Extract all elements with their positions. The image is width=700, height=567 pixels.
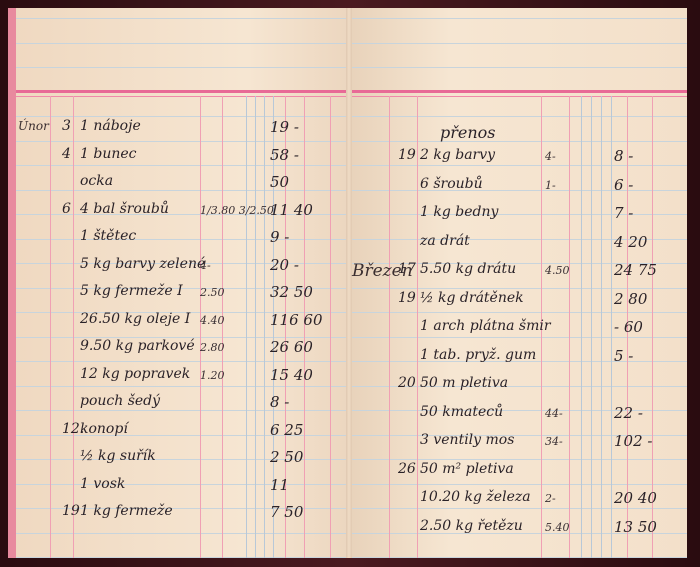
ruled-line bbox=[349, 18, 687, 19]
row-item: 26.50 kg oleje I bbox=[80, 311, 190, 327]
row-item: ocka bbox=[80, 173, 113, 189]
row-item: 1 tab. pryž. gum bbox=[420, 347, 536, 363]
row-day: 19 bbox=[398, 147, 416, 163]
column-rule bbox=[73, 96, 74, 558]
column-rule bbox=[200, 96, 201, 558]
ruled-line bbox=[349, 141, 687, 142]
row-item: ½ kg suřík bbox=[80, 448, 156, 464]
row-item: konopí bbox=[80, 421, 128, 437]
column-rule bbox=[611, 96, 612, 558]
row-amount: 11 40 bbox=[270, 201, 313, 219]
row-amount: 6 - bbox=[614, 176, 633, 194]
row-day: 19 bbox=[398, 290, 416, 306]
row-item: 1 arch plátna šmir bbox=[420, 318, 551, 334]
ruled-line bbox=[349, 508, 687, 509]
ruled-line bbox=[8, 165, 349, 166]
row-item: 50 kmateců bbox=[420, 404, 503, 420]
row-unit-price: 4.50 bbox=[545, 264, 570, 277]
row-day: 3 bbox=[62, 118, 71, 134]
ruled-line bbox=[8, 239, 349, 240]
ruled-line bbox=[349, 43, 687, 44]
row-amount: 5 - bbox=[614, 347, 633, 365]
row-item: 2.50 kg řetězu bbox=[420, 518, 523, 534]
row-unit-price: 34- bbox=[545, 435, 563, 448]
ruled-line bbox=[349, 214, 687, 215]
row-item: 2 kg barvy bbox=[420, 147, 495, 163]
ruled-line bbox=[349, 165, 687, 166]
ruled-line bbox=[8, 484, 349, 485]
row-unit-price: 44- bbox=[545, 407, 563, 420]
row-amount: - 60 bbox=[614, 318, 643, 336]
column-rule bbox=[264, 96, 265, 558]
ruled-line bbox=[8, 67, 349, 68]
row-amount: 7 50 bbox=[270, 503, 303, 521]
row-item: 50 m pletiva bbox=[420, 375, 508, 391]
row-amount: 32 50 bbox=[270, 283, 313, 301]
column-rule bbox=[222, 96, 223, 558]
column-rule bbox=[330, 96, 331, 558]
column-rule bbox=[601, 96, 602, 558]
ruled-line bbox=[349, 190, 687, 191]
row-amount: 20 40 bbox=[614, 489, 657, 507]
row-item: 5.50 kg drátu bbox=[420, 261, 516, 277]
row-unit-price: 4- bbox=[545, 150, 556, 163]
row-item: 6 šroubů bbox=[420, 176, 483, 192]
row-unit-price: 1- bbox=[545, 179, 556, 192]
row-unit-price: 5.40 bbox=[545, 521, 570, 534]
page-edge-red bbox=[8, 8, 16, 558]
column-rule bbox=[569, 96, 570, 558]
column-rule bbox=[255, 96, 256, 558]
row-amount: 8 - bbox=[270, 393, 289, 411]
row-item: pouch šedý bbox=[80, 393, 160, 409]
row-amount: 13 50 bbox=[614, 518, 657, 536]
row-unit-price: 1.20 bbox=[200, 369, 225, 382]
ruled-line bbox=[8, 361, 349, 362]
row-item: 1 bunec bbox=[80, 146, 136, 162]
row-amount: 8 - bbox=[614, 147, 633, 165]
row-amount: 11 bbox=[270, 476, 289, 494]
row-amount: 15 40 bbox=[270, 366, 313, 384]
row-item: 1 vosk bbox=[80, 476, 125, 492]
row-item: 1 štětec bbox=[80, 228, 136, 244]
carry-over-label: přenos bbox=[440, 123, 496, 142]
row-amount: 20 - bbox=[270, 256, 299, 274]
row-amount: 7 - bbox=[614, 204, 633, 222]
column-rule bbox=[246, 96, 247, 558]
row-amount: 4 20 bbox=[614, 233, 647, 251]
header-red-rule-thin bbox=[8, 96, 349, 97]
ruled-line bbox=[8, 43, 349, 44]
row-day: 4 bbox=[62, 146, 71, 162]
ruled-line bbox=[349, 312, 687, 313]
row-amount: 2 80 bbox=[614, 290, 647, 308]
row-amount: 58 - bbox=[270, 146, 299, 164]
header-red-rule-thin bbox=[349, 96, 687, 97]
row-amount: 26 60 bbox=[270, 338, 313, 356]
row-item: 5 kg barvy zelené bbox=[80, 256, 205, 272]
row-amount: 50 bbox=[270, 173, 289, 191]
row-item: 4 bal šroubů bbox=[80, 201, 169, 217]
row-unit-price: 4.40 bbox=[200, 314, 225, 327]
row-day: 19 bbox=[62, 503, 80, 519]
ruled-line bbox=[8, 533, 349, 534]
book-gutter bbox=[346, 8, 352, 558]
row-unit-price: 1/3.80 3/2.50 bbox=[200, 204, 274, 217]
ruled-line bbox=[349, 67, 687, 68]
header-red-rule bbox=[8, 90, 349, 93]
ruled-line bbox=[8, 116, 349, 117]
ruled-line bbox=[349, 484, 687, 485]
row-amount: 102 - bbox=[614, 432, 652, 450]
row-amount: 2 50 bbox=[270, 448, 303, 466]
row-item: 50 m² pletiva bbox=[420, 461, 514, 477]
ruled-line bbox=[8, 410, 349, 411]
ruled-line bbox=[349, 337, 687, 338]
column-rule bbox=[417, 96, 418, 558]
row-amount: 116 60 bbox=[270, 311, 323, 329]
right-month-label: Březen bbox=[352, 261, 413, 281]
column-rule bbox=[581, 96, 582, 558]
row-amount: 24 75 bbox=[614, 261, 657, 279]
row-item: 3 ventily mos bbox=[420, 432, 514, 448]
left-month-label: Únor bbox=[18, 119, 49, 133]
row-amount: 19 - bbox=[270, 118, 299, 136]
row-unit-price: 4- bbox=[200, 259, 211, 272]
row-item: ½ kg drátěnek bbox=[420, 290, 524, 306]
row-unit-price: 2- bbox=[545, 492, 556, 505]
ruled-line bbox=[8, 557, 349, 558]
row-amount: 6 25 bbox=[270, 421, 303, 439]
row-item: za drát bbox=[420, 233, 470, 249]
column-rule bbox=[50, 96, 51, 558]
row-item: 10.20 kg železa bbox=[420, 489, 531, 505]
row-unit-price: 2.80 bbox=[200, 341, 225, 354]
row-day: 26 bbox=[398, 461, 416, 477]
ruled-line bbox=[349, 288, 687, 289]
ruled-line bbox=[8, 18, 349, 19]
row-item: 5 kg fermeže I bbox=[80, 283, 183, 299]
row-amount: 22 - bbox=[614, 404, 643, 422]
ruled-line bbox=[8, 386, 349, 387]
ruled-line bbox=[8, 141, 349, 142]
row-unit-price: 2.50 bbox=[200, 286, 225, 299]
row-amount: 9 - bbox=[270, 228, 289, 246]
ruled-line bbox=[8, 190, 349, 191]
row-item: 12 kg popravek bbox=[80, 366, 190, 382]
column-rule bbox=[389, 96, 390, 558]
ruled-line bbox=[349, 116, 687, 117]
header-red-rule bbox=[349, 90, 687, 93]
column-rule bbox=[591, 96, 592, 558]
row-item: 1 náboje bbox=[80, 118, 141, 134]
row-item: 1 kg bedny bbox=[420, 204, 498, 220]
ruled-line bbox=[349, 557, 687, 558]
row-item: 9.50 kg parkové bbox=[80, 338, 195, 354]
row-day: 20 bbox=[398, 375, 416, 391]
row-item: 1 kg fermeže bbox=[80, 503, 173, 519]
row-day: 6 bbox=[62, 201, 71, 217]
